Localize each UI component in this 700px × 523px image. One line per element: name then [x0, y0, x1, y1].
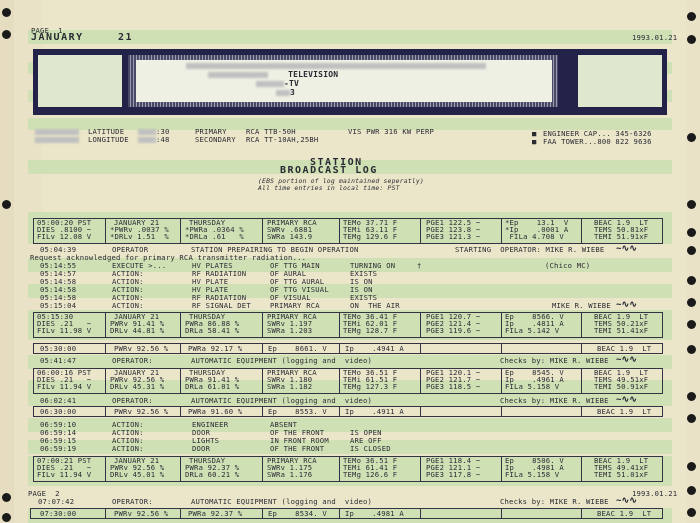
- log-title-broadcast: BROADCAST LOG: [280, 167, 378, 175]
- tractor-hole: [687, 200, 696, 209]
- dagger-mark: †: [417, 262, 422, 270]
- longitude-label: LONGITUDE: [88, 136, 129, 144]
- tractor-strip-right: [686, 0, 700, 523]
- short-reading-row: 06:30:00 PWRv 92.56 % PWRa 91.60 % Ep 85…: [33, 406, 663, 417]
- secondary-label: SECONDARY: [195, 136, 236, 144]
- banner-line-4: 3: [276, 89, 295, 97]
- faa-tower-phone: FAA TOWER...800 822 9636: [543, 138, 652, 146]
- event-text: AUTOMATIC EQUIPMENT (logging and video): [191, 357, 372, 365]
- tractor-hole: [687, 276, 696, 285]
- banner-callsign: -TV: [284, 79, 299, 88]
- page-month: JANUARY: [31, 34, 84, 42]
- tractor-hole: [2, 493, 11, 502]
- reading-filv: FILv 11.98 V: [37, 327, 91, 335]
- event-starting-operator: STARTING OPERATOR: MIKE R. WIEBE: [455, 246, 604, 254]
- short-reading-ep: Ep 8661. V: [268, 345, 327, 353]
- tractor-hole: [687, 320, 696, 329]
- reading-fila: FILa 5.158 V: [505, 471, 559, 479]
- action-note: (Chico MC): [545, 262, 590, 270]
- action-subject: DOOR: [192, 445, 210, 453]
- action-time: 05:15:04: [40, 302, 76, 310]
- banner-line-2: TELEVISION: [208, 71, 338, 79]
- tractor-hole: [687, 133, 696, 142]
- reading-block: 06:00:16 PST DIES .21 ~ FILv 11.94 V JAN…: [33, 368, 663, 394]
- short-reading-time: 06:30:00: [40, 408, 76, 416]
- short-reading-ep: Ep 8553. V: [268, 408, 327, 416]
- action-subject: RF SIGNAL DET: [192, 302, 251, 310]
- action-object: PRIMARY RCA: [270, 302, 320, 310]
- reading-temi2: TEMI 51.91xF: [594, 233, 648, 241]
- reading-swra: SWRa 1.203: [267, 327, 312, 335]
- page-2-date-stamp: 1993.01.21: [632, 490, 677, 498]
- short-reading-pwra: PWRa 92.37 %: [188, 510, 242, 518]
- reading-filv: FILv 11.94 V: [37, 383, 91, 391]
- event-time: 05:41:47: [40, 357, 76, 365]
- signature-icon: ~∿∿: [616, 396, 637, 404]
- action-state: IS CLOSED: [350, 445, 391, 453]
- short-reading-time: 07:30:00: [40, 510, 76, 518]
- reading-temi2: TEMI 50.91xF: [594, 383, 648, 391]
- short-reading-beac: BEAC 1.9 LT: [597, 510, 651, 518]
- event-who: OPERATOR:: [112, 498, 153, 506]
- longitude-value-wrap: :48: [138, 136, 170, 144]
- reading-swra: SWRa 1.176: [267, 471, 312, 479]
- short-reading-row: 05:30:00 PWRv 92.56 % PWRa 92.17 % Ep 86…: [33, 343, 663, 354]
- action-state: ON THE AIR: [350, 302, 400, 310]
- reading-drlv: DRLv 45.31 %: [110, 383, 164, 391]
- tractor-hole: [687, 228, 696, 237]
- tractor-hole: [687, 298, 696, 307]
- reading-swra: SWRa 143.9: [267, 233, 312, 241]
- tractor-hole: [2, 200, 11, 209]
- event-who: OPERATOR:: [112, 397, 153, 405]
- short-reading-ip: Ip .4911 A: [345, 408, 404, 416]
- reading-pge3: PGE3 118.5 ~: [426, 383, 480, 391]
- event-checks-by: Checks by: MIKE R. WIEBE: [500, 397, 609, 405]
- reading-temg: TEMg 129.6 F: [343, 233, 397, 241]
- reading-temg: TEMg 127.3 F: [343, 383, 397, 391]
- reading-swra: SWRa 1.182: [267, 383, 312, 391]
- event-checks-by: Checks by: MIKE R. WIEBE: [500, 498, 609, 506]
- reading-block: 05:00:20 PST DIES .8100 ~ FILv 12.08 V J…: [33, 218, 663, 244]
- tractor-hole: [687, 345, 696, 354]
- short-reading-ip: Ip .4981 A: [345, 510, 404, 518]
- tractor-hole: [2, 8, 11, 17]
- redacted-station-name: [186, 62, 486, 70]
- redacted-city: [35, 128, 79, 136]
- banner-channel: 3: [290, 88, 295, 97]
- reading-fila: FILa 5.158 V: [505, 383, 559, 391]
- tractor-hole: [687, 414, 696, 423]
- tractor-hole: [687, 35, 696, 44]
- reading-drlv: DRLv 45.01 %: [110, 471, 164, 479]
- log-note-time: All time entries in local time: PST: [258, 184, 400, 192]
- tractor-hole: [2, 30, 11, 39]
- action-time: 06:59:19: [40, 445, 76, 453]
- short-reading-pwra: PWRa 91.60 %: [188, 408, 242, 416]
- reading-temg: TEMg 126.6 F: [343, 471, 397, 479]
- reading-block: 07:00:21 PST DIES .21 ~ FILv 11.94 V JAN…: [33, 456, 663, 482]
- short-reading-pwrv: PWRv 92.56 %: [114, 345, 168, 353]
- tractor-hole: [687, 392, 696, 401]
- short-reading-pwrv: PWRv 92.56 %: [114, 510, 168, 518]
- redacted-city-2: [35, 136, 79, 144]
- reading-pge3: PGE3 119.6 ~: [426, 327, 480, 335]
- short-reading-ip: Ip .4941 A: [345, 345, 404, 353]
- tractor-hole: [687, 12, 696, 21]
- banner-body: TELEVISION -TV 3: [136, 60, 552, 102]
- reading-filv: FILv 11.94 V: [37, 471, 91, 479]
- banner-television: TELEVISION: [288, 70, 338, 79]
- event-checks-by: Checks by: MIKE R. WIEBE: [500, 357, 609, 365]
- tractor-hole: [687, 246, 696, 255]
- signature-icon: ~∿∿: [616, 301, 637, 309]
- station-banner: TELEVISION -TV 3: [33, 49, 667, 115]
- reading-drlv: *DRLv 1.51 %: [110, 233, 169, 241]
- reading-temg: TEMg 128.7 F: [343, 327, 397, 335]
- signature-icon: ~∿∿: [616, 356, 637, 364]
- short-reading-pwra: PWRa 92.17 %: [188, 345, 242, 353]
- longitude-value: :48: [156, 135, 170, 144]
- reading-fila: FILa 5.142 V: [505, 327, 559, 335]
- short-reading-beac: BEAC 1.9 LT: [597, 408, 651, 416]
- reading-fila: FILa 4.708 V: [505, 233, 564, 241]
- short-reading-pwrv: PWRv 92.56 %: [114, 408, 168, 416]
- visual-power: VIS PWR 316 KW PERP: [348, 128, 434, 136]
- action-object: OF THE FRONT: [270, 445, 324, 453]
- banner-line-3: -TV: [256, 80, 299, 88]
- event-time: 06:02:41: [40, 397, 76, 405]
- reading-drla: *DRLa .61 %: [185, 233, 244, 241]
- short-reading-beac: BEAC 1.9 LT: [597, 345, 651, 353]
- tractor-hole: [687, 462, 696, 471]
- short-reading-ep: Ep 8534. V: [268, 510, 327, 518]
- short-reading-row: 07:30:00 PWRv 92.56 % PWRa 92.37 % Ep 85…: [30, 508, 663, 519]
- signature-icon: ~∿∿: [616, 245, 637, 253]
- bullet-icon: ■: [532, 138, 537, 146]
- reading-drla: DRLa 58.41 %: [185, 327, 239, 335]
- action-type: ACTION:: [112, 302, 144, 310]
- reading-temi2: TEMI 51.41xF: [594, 327, 648, 335]
- tractor-hole: [687, 508, 696, 517]
- short-reading-time: 05:30:00: [40, 345, 76, 353]
- reading-pge3: PGE3 117.8 ~: [426, 471, 480, 479]
- page-day: 21: [118, 34, 133, 42]
- reading-drla: DRLa 60.21 %: [185, 471, 239, 479]
- reading-temi2: TEMI 51.01xF: [594, 471, 648, 479]
- page-date-stamp: 1993.01.21: [632, 34, 677, 42]
- operator-signature-name: MIKE R. WIEBE: [552, 302, 611, 310]
- event-text: AUTOMATIC EQUIPMENT (logging and video): [191, 397, 372, 405]
- event-who: OPERATOR:: [112, 357, 153, 365]
- reading-drla: DRLa 61.01 %: [185, 383, 239, 391]
- banner-side-right: [578, 55, 662, 107]
- secondary-transmitter: RCA TT-10AH,25BH: [246, 136, 318, 144]
- event-time: 07:07:42: [38, 498, 74, 506]
- reading-block: 05:15:30 DIES .21 ~ FILv 11.98 V JANUARY…: [33, 312, 663, 338]
- event-text: AUTOMATIC EQUIPMENT (logging and video): [191, 498, 372, 506]
- reading-drlv: DRLv 44.81 %: [110, 327, 164, 335]
- tractor-hole: [2, 513, 11, 522]
- signature-icon: ~∿∿: [616, 497, 637, 505]
- action-type: ACTION:: [112, 445, 144, 453]
- reading-filv: FILv 12.08 V: [37, 233, 91, 241]
- tractor-hole: [687, 486, 696, 495]
- reading-pge3: PGE3 121.3 ~: [426, 233, 480, 241]
- banner-side-left: [38, 55, 122, 107]
